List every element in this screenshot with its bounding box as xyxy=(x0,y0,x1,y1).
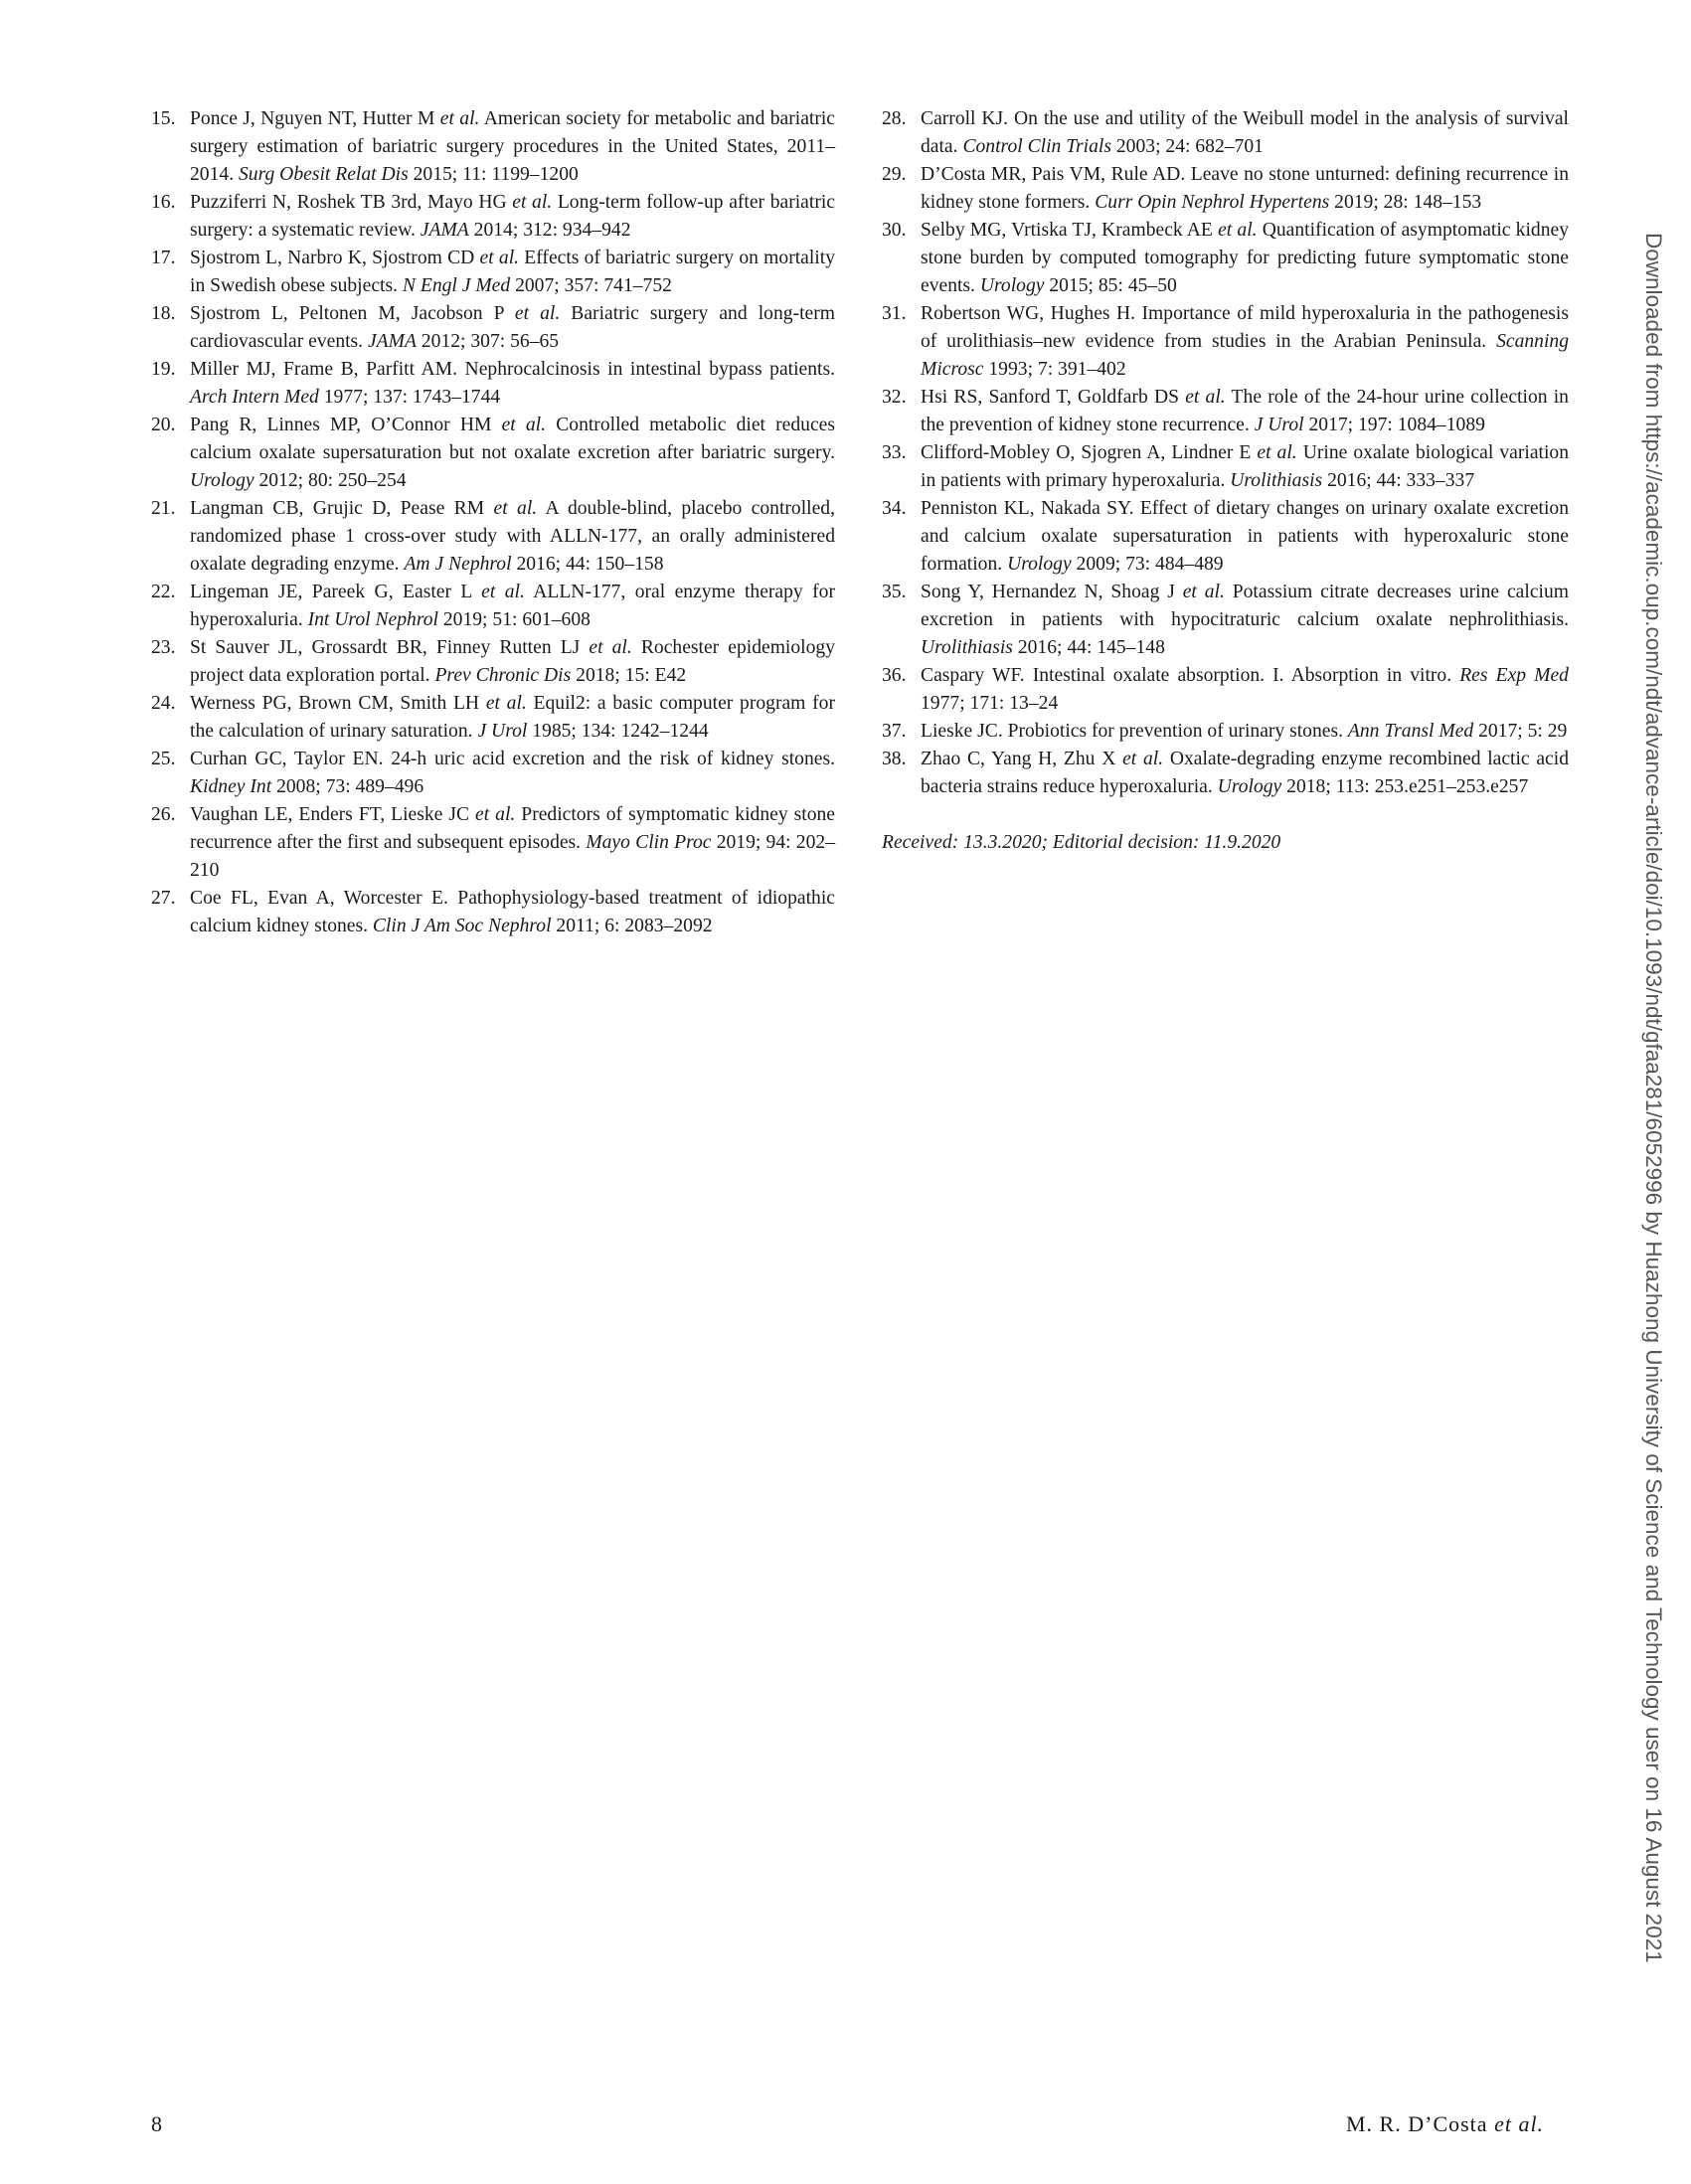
reference-journal: Urology xyxy=(1218,776,1282,797)
reference-journal: Mayo Clin Proc xyxy=(586,832,711,853)
reference-text: D’Costa MR, Pais VM, Rule AD. Leave no s… xyxy=(921,164,1569,213)
reference-authors: Hsi RS, Sanford T, Goldfarb DS xyxy=(921,387,1185,408)
reference-authors: Puzziferri N, Roshek TB 3rd, Mayo HG xyxy=(190,192,512,213)
reference-journal: Control Clin Trials xyxy=(962,136,1111,157)
reference-number: 38. xyxy=(882,746,918,773)
reference-text: Selby MG, Vrtiska TJ, Krambeck AE et al.… xyxy=(921,220,1569,296)
reference-citation: 2019; 28: 148–153 xyxy=(1329,192,1481,213)
reference-number: 28. xyxy=(882,105,918,133)
download-watermark: Downloaded from https://academic.oup.com… xyxy=(1640,233,1666,1952)
reference-text: Clifford-Mobley O, Sjogren A, Lindner E … xyxy=(921,442,1569,491)
reference-text: Caspary WF. Intestinal oxalate absorptio… xyxy=(921,665,1569,714)
page-number: 8 xyxy=(151,2111,162,2137)
reference-number: 21. xyxy=(151,495,187,523)
reference-citation: 2011; 6: 2083–2092 xyxy=(552,916,713,936)
reference-text: Song Y, Hernandez N, Shoag J et al. Pota… xyxy=(921,582,1569,658)
reference-citation: 2015; 11: 1199–1200 xyxy=(409,164,579,185)
reference-number: 26. xyxy=(151,801,187,829)
reference-authors: Werness PG, Brown CM, Smith LH xyxy=(190,693,486,714)
reference-citation: 2018; 113: 253.e251–253.e257 xyxy=(1281,776,1528,797)
reference-etal: et al. xyxy=(515,303,560,324)
reference-authors: Langman CB, Grujic D, Pease RM xyxy=(190,498,494,519)
reference-authors: Song Y, Hernandez N, Shoag J xyxy=(921,582,1183,602)
reference-citation: 2017; 5: 29 xyxy=(1473,721,1567,742)
reference-item: 35.Song Y, Hernandez N, Shoag J et al. P… xyxy=(882,579,1569,662)
reference-number: 31. xyxy=(882,300,918,328)
reference-journal: Int Urol Nephrol xyxy=(308,609,438,630)
reference-title: 24-h uric acid excretion and the risk of… xyxy=(384,749,835,769)
reference-etal: et al. xyxy=(1257,442,1296,463)
reference-item: 29.D’Costa MR, Pais VM, Rule AD. Leave n… xyxy=(882,161,1569,217)
running-author: M. R. D’Costa et al. xyxy=(1346,2111,1544,2137)
reference-authors: Lieske JC. xyxy=(921,721,1003,742)
reference-authors: Clifford-Mobley O, Sjogren A, Lindner E xyxy=(921,442,1257,463)
reference-etal: et al. xyxy=(475,804,515,825)
reference-text: Hsi RS, Sanford T, Goldfarb DS et al. Th… xyxy=(921,387,1569,435)
reference-text: Robertson WG, Hughes H. Importance of mi… xyxy=(921,303,1569,380)
reference-journal: Surg Obesit Relat Dis xyxy=(239,164,409,185)
reference-authors: Sjostrom L, Peltonen M, Jacobson P xyxy=(190,303,515,324)
reference-title: Probiotics for prevention of urinary sto… xyxy=(1003,721,1348,742)
reference-citation: 2012; 80: 250–254 xyxy=(254,470,407,491)
reference-item: 15.Ponce J, Nguyen NT, Hutter M et al. A… xyxy=(151,105,835,189)
reference-item: 22.Lingeman JE, Pareek G, Easter L et al… xyxy=(151,579,835,634)
reference-authors: Lingeman JE, Pareek G, Easter L xyxy=(190,582,481,602)
reference-text: Pang R, Linnes MP, O’Connor HM et al. Co… xyxy=(190,415,835,491)
reference-authors: Pang R, Linnes MP, O’Connor HM xyxy=(190,415,502,435)
references-right-column: 28.Carroll KJ. On the use and utility of… xyxy=(882,105,1569,857)
reference-authors: Curhan GC, Taylor EN. xyxy=(190,749,384,769)
reference-authors: Selby MG, Vrtiska TJ, Krambeck AE xyxy=(921,220,1218,241)
reference-journal: N Engl J Med xyxy=(403,275,510,296)
reference-item: 23.St Sauver JL, Grossardt BR, Finney Ru… xyxy=(151,634,835,690)
reference-citation: 2017; 197: 1084–1089 xyxy=(1304,415,1485,435)
reference-etal: et al. xyxy=(1183,582,1225,602)
reference-citation: 2016; 44: 145–148 xyxy=(1013,637,1165,658)
reference-number: 16. xyxy=(151,189,187,217)
reference-journal: JAMA xyxy=(421,220,469,241)
reference-authors: Vaughan LE, Enders FT, Lieske JC xyxy=(190,804,475,825)
reference-item: 38.Zhao C, Yang H, Zhu X et al. Oxalate-… xyxy=(882,746,1569,801)
reference-item: 25.Curhan GC, Taylor EN. 24-h uric acid … xyxy=(151,746,835,801)
reference-journal: Clin J Am Soc Nephrol xyxy=(373,916,552,936)
reference-item: 26.Vaughan LE, Enders FT, Lieske JC et a… xyxy=(151,801,835,885)
reference-text: Penniston KL, Nakada SY. Effect of dieta… xyxy=(921,498,1569,575)
reference-authors: Miller MJ, Frame B, Parfitt AM. xyxy=(190,359,457,380)
reference-text: Coe FL, Evan A, Worcester E. Pathophysio… xyxy=(190,888,835,936)
reference-authors: Penniston KL, Nakada SY. xyxy=(921,498,1134,519)
reference-citation: 1977; 171: 13–24 xyxy=(921,693,1058,714)
reference-journal: Urolithiasis xyxy=(921,637,1013,658)
reference-journal: JAMA xyxy=(368,331,417,352)
reference-authors: D’Costa MR, Pais VM, Rule AD. xyxy=(921,164,1185,185)
reference-text: Miller MJ, Frame B, Parfitt AM. Nephroca… xyxy=(190,359,835,408)
reference-journal: Urology xyxy=(980,275,1045,296)
reference-item: 30.Selby MG, Vrtiska TJ, Krambeck AE et … xyxy=(882,217,1569,300)
reference-citation: 2007; 357: 741–752 xyxy=(510,275,672,296)
reference-authors: Zhao C, Yang H, Zhu X xyxy=(921,749,1122,769)
reference-number: 22. xyxy=(151,579,187,606)
reference-item: 16.Puzziferri N, Roshek TB 3rd, Mayo HG … xyxy=(151,189,835,245)
reference-etal: et al. xyxy=(486,693,527,714)
reference-citation: 2009; 73: 484–489 xyxy=(1072,554,1224,575)
reference-citation: 2016; 44: 333–337 xyxy=(1322,470,1474,491)
reference-citation: 2019; 51: 601–608 xyxy=(438,609,591,630)
reference-item: 18.Sjostrom L, Peltonen M, Jacobson P et… xyxy=(151,300,835,356)
reference-journal: J Urol xyxy=(1255,415,1304,435)
reference-item: 24.Werness PG, Brown CM, Smith LH et al.… xyxy=(151,690,835,746)
reference-citation: 1985; 134: 1242–1244 xyxy=(527,721,708,742)
reference-authors: Coe FL, Evan A, Worcester E. xyxy=(190,888,448,909)
running-author-etal: et al. xyxy=(1494,2111,1544,2136)
reference-text: Zhao C, Yang H, Zhu X et al. Oxalate-deg… xyxy=(921,749,1569,797)
reference-journal: Prev Chronic Dis xyxy=(434,665,571,686)
received-dates: Received: 13.3.2020; Editorial decision:… xyxy=(882,829,1569,857)
reference-etal: et al. xyxy=(481,582,525,602)
reference-authors: Robertson WG, Hughes H. xyxy=(921,303,1135,324)
reference-number: 37. xyxy=(882,718,918,746)
reference-item: 31.Robertson WG, Hughes H. Importance of… xyxy=(882,300,1569,384)
reference-journal: Curr Opin Nephrol Hypertens xyxy=(1095,192,1329,213)
reference-citation: 2008; 73: 489–496 xyxy=(271,776,423,797)
reference-citation: 2003; 24: 682–701 xyxy=(1111,136,1264,157)
reference-number: 27. xyxy=(151,885,187,913)
reference-number: 15. xyxy=(151,105,187,133)
reference-etal: et al. xyxy=(589,637,631,658)
reference-number: 36. xyxy=(882,662,918,690)
reference-citation: 2012; 307: 56–65 xyxy=(417,331,559,352)
reference-number: 30. xyxy=(882,217,918,245)
reference-item: 33.Clifford-Mobley O, Sjogren A, Lindner… xyxy=(882,439,1569,495)
running-author-name: M. R. D’Costa xyxy=(1346,2111,1488,2136)
reference-etal: et al. xyxy=(1218,220,1257,241)
reference-number: 25. xyxy=(151,746,187,773)
reference-citation: 2015; 85: 45–50 xyxy=(1044,275,1176,296)
reference-number: 33. xyxy=(882,439,918,467)
reference-item: 27.Coe FL, Evan A, Worcester E. Pathophy… xyxy=(151,885,835,940)
references-left-column: 15.Ponce J, Nguyen NT, Hutter M et al. A… xyxy=(151,105,835,940)
reference-item: 32.Hsi RS, Sanford T, Goldfarb DS et al.… xyxy=(882,384,1569,439)
reference-citation: 2016; 44: 150–158 xyxy=(512,554,664,575)
reference-etal: et al. xyxy=(512,192,552,213)
reference-etal: et al. xyxy=(1122,749,1163,769)
reference-item: 34.Penniston KL, Nakada SY. Effect of di… xyxy=(882,495,1569,579)
reference-text: Curhan GC, Taylor EN. 24-h uric acid exc… xyxy=(190,749,835,797)
reference-citation: 1993; 7: 391–402 xyxy=(983,359,1125,380)
reference-number: 34. xyxy=(882,495,918,523)
reference-text: Puzziferri N, Roshek TB 3rd, Mayo HG et … xyxy=(190,192,835,241)
reference-number: 23. xyxy=(151,634,187,662)
reference-number: 24. xyxy=(151,690,187,718)
reference-authors: Caspary WF. xyxy=(921,665,1025,686)
reference-text: Werness PG, Brown CM, Smith LH et al. Eq… xyxy=(190,693,835,742)
reference-text: Sjostrom L, Narbro K, Sjostrom CD et al.… xyxy=(190,248,835,296)
reference-journal: Ann Transl Med xyxy=(1348,721,1473,742)
reference-text: Lieske JC. Probiotics for prevention of … xyxy=(921,721,1567,742)
reference-number: 35. xyxy=(882,579,918,606)
reference-number: 29. xyxy=(882,161,918,189)
reference-number: 17. xyxy=(151,245,187,272)
reference-item: 28.Carroll KJ. On the use and utility of… xyxy=(882,105,1569,161)
reference-text: Langman CB, Grujic D, Pease RM et al. A … xyxy=(190,498,835,575)
reference-item: 21.Langman CB, Grujic D, Pease RM et al.… xyxy=(151,495,835,579)
reference-text: St Sauver JL, Grossardt BR, Finney Rutte… xyxy=(190,637,835,686)
reference-title: Nephrocalcinosis in intestinal bypass pa… xyxy=(457,359,835,380)
reference-etal: et al. xyxy=(502,415,546,435)
reference-journal: J Urol xyxy=(477,721,527,742)
reference-text: Carroll KJ. On the use and utility of th… xyxy=(921,108,1569,157)
reference-journal: Urolithiasis xyxy=(1230,470,1322,491)
reference-text: Lingeman JE, Pareek G, Easter L et al. A… xyxy=(190,582,835,630)
reference-title: Intestinal oxalate absorption. I. Absorp… xyxy=(1025,665,1460,686)
reference-number: 20. xyxy=(151,412,187,439)
reference-journal: Urology xyxy=(1007,554,1072,575)
reference-etal: et al. xyxy=(440,108,480,129)
reference-etal: et al. xyxy=(494,498,538,519)
reference-item: 36.Caspary WF. Intestinal oxalate absorp… xyxy=(882,662,1569,718)
reference-authors: Sjostrom L, Narbro K, Sjostrom CD xyxy=(190,248,480,268)
reference-journal: Arch Intern Med xyxy=(190,387,319,408)
reference-number: 19. xyxy=(151,356,187,384)
reference-journal: Am J Nephrol xyxy=(404,554,511,575)
reference-journal: Urology xyxy=(190,470,254,491)
reference-authors: St Sauver JL, Grossardt BR, Finney Rutte… xyxy=(190,637,589,658)
reference-item: 37.Lieske JC. Probiotics for prevention … xyxy=(882,718,1569,746)
reference-text: Sjostrom L, Peltonen M, Jacobson P et al… xyxy=(190,303,835,352)
reference-citation: 1977; 137: 1743–1744 xyxy=(319,387,500,408)
reference-item: 20.Pang R, Linnes MP, O’Connor HM et al.… xyxy=(151,412,835,495)
reference-journal: Kidney Int xyxy=(190,776,271,797)
reference-journal: Res Exp Med xyxy=(1459,665,1569,686)
reference-etal: et al. xyxy=(1185,387,1226,408)
reference-item: 17.Sjostrom L, Narbro K, Sjostrom CD et … xyxy=(151,245,835,300)
reference-authors: Carroll KJ. xyxy=(921,108,1008,129)
reference-authors: Ponce J, Nguyen NT, Hutter M xyxy=(190,108,440,129)
reference-item: 19.Miller MJ, Frame B, Parfitt AM. Nephr… xyxy=(151,356,835,412)
reference-etal: et al. xyxy=(480,248,520,268)
reference-number: 18. xyxy=(151,300,187,328)
reference-citation: 2014; 312: 934–942 xyxy=(469,220,631,241)
reference-citation: 2018; 15: E42 xyxy=(571,665,686,686)
reference-number: 32. xyxy=(882,384,918,412)
reference-text: Vaughan LE, Enders FT, Lieske JC et al. … xyxy=(190,804,835,881)
reference-text: Ponce J, Nguyen NT, Hutter M et al. Amer… xyxy=(190,108,835,185)
